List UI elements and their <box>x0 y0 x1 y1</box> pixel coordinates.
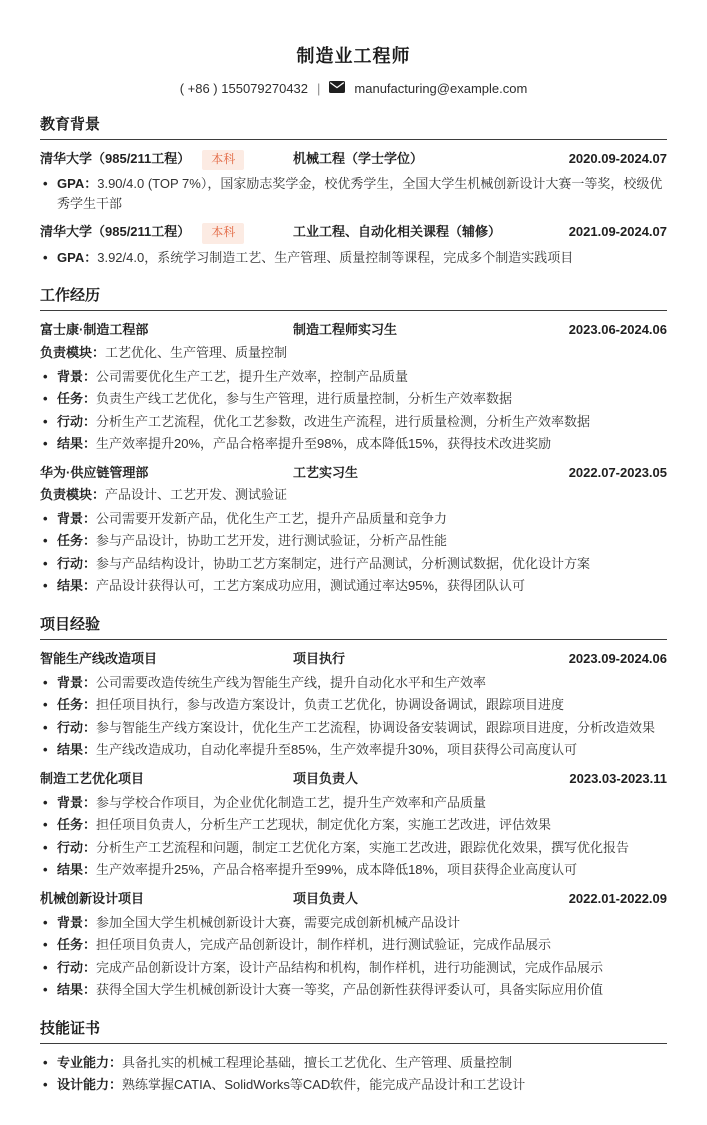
education-entry: 清华大学（985/211工程）本科 工业工程、自动化相关课程（辅修） 2021.… <box>40 223 667 267</box>
resume-page: 制造业工程师 ( +86 ) 155079270432 | manufactur… <box>0 0 707 1125</box>
module-label: 负责模块 <box>40 345 105 360</box>
bullet-text: 参与产品结构设计，协助工艺方案制定，进行产品测试，分析测试数据，优化设计方案 <box>96 556 590 571</box>
module-text: 产品设计、工艺开发、测试验证 <box>105 487 287 502</box>
bullet-text: 获得全国大学生机械创新设计大赛一等奖，产品创新性获得评委认可，具备实际应用价值 <box>96 982 603 997</box>
bullet-label: GPA <box>57 176 97 191</box>
bullet-item: 任务负责生产线工艺优化，参与生产管理，进行质量控制，分析生产效率数据 <box>40 389 667 409</box>
school-cell: 清华大学（985/211工程）本科 <box>40 150 293 170</box>
bullet-item: GPA3.90/4.0 (TOP 7%），国家励志奖学金，校优秀学生，全国大学生… <box>40 174 667 213</box>
project-row: 机械创新设计项目 项目负责人 2022.01-2022.09 <box>40 890 667 909</box>
job-title: 工艺实习生 <box>293 464 569 483</box>
bullet-label: 结果 <box>57 436 96 451</box>
bullet-item: 行动完成产品创新设计方案，设计产品结构和机构，制作样机，进行功能测试，完成作品展… <box>40 958 667 978</box>
bullet-item: 任务担任项目执行，参与改造方案设计，负责工艺优化，协调设备调试，跟踪项目进度 <box>40 695 667 715</box>
skills-bullets: 专业能力具备扎实的机械工程理论基础，擅长工艺优化、生产管理、质量控制 设计能力熟… <box>40 1053 667 1095</box>
date-range: 2021.09-2024.07 <box>569 223 667 242</box>
bullet-label: 背景 <box>57 795 96 810</box>
bullet-text: 分析生产工艺流程，优化工艺参数，改进生产流程，进行质量检测，分析生产效率数据 <box>96 414 590 429</box>
bullet-text: 公司需要开发新产品，优化生产工艺，提升产品质量和竞争力 <box>96 511 447 526</box>
date-range: 2023.06-2024.06 <box>569 321 667 340</box>
bullet-label: 任务 <box>57 533 96 548</box>
company-name: 富士康·制造工程部 <box>40 321 293 340</box>
education-bullets: GPA3.92/4.0，系统学习制造工艺、生产管理、质量控制等课程，完成多个制造… <box>40 248 667 268</box>
job-title: 制造工程师实习生 <box>293 321 569 340</box>
education-bullets: GPA3.90/4.0 (TOP 7%），国家励志奖学金，校优秀学生，全国大学生… <box>40 174 667 213</box>
bullet-text: 参与产品设计，协助工艺开发，进行测试验证，分析产品性能 <box>96 533 447 548</box>
section-education: 教育背景 清华大学（985/211工程）本科 机械工程（学士学位） 2020.0… <box>40 113 667 267</box>
school-cell: 清华大学（985/211工程）本科 <box>40 223 293 243</box>
project-role: 项目负责人 <box>293 890 569 909</box>
bullet-label: 结果 <box>57 862 96 877</box>
bullet-item: 结果生产效率提升20%，产品合格率提升至98%，成本降低15%，获得技术改进奖励 <box>40 434 667 454</box>
bullet-label: 结果 <box>57 742 96 757</box>
bullet-text: 担任项目负责人，分析生产工艺现状，制定优化方案，实施工艺改进，评估效果 <box>96 817 551 832</box>
education-entry: 清华大学（985/211工程）本科 机械工程（学士学位） 2020.09-202… <box>40 150 667 213</box>
envelope-icon <box>329 81 345 96</box>
contact-line: ( +86 ) 155079270432 | manufacturing@exa… <box>40 81 667 96</box>
date-range: 2023.09-2024.06 <box>569 650 667 669</box>
project-bullets: 背景公司需要改造传统生产线为智能生产线，提升自动化水平和生产效率 任务担任项目执… <box>40 673 667 760</box>
bullet-item: 结果获得全国大学生机械创新设计大赛一等奖，产品创新性获得评委认可，具备实际应用价… <box>40 980 667 1000</box>
contact-separator: | <box>317 81 320 96</box>
bullet-item: 结果生产效率提升25%，产品合格率提升至99%，成本降低18%，项目获得企业高度… <box>40 860 667 880</box>
email-text: manufacturing@example.com <box>354 81 527 96</box>
bullet-label: 任务 <box>57 817 96 832</box>
project-bullets: 背景参加全国大学生机械创新设计大赛，需要完成创新机械产品设计 任务担任项目负责人… <box>40 913 667 1000</box>
bullet-label: 结果 <box>57 578 96 593</box>
bullet-item: 背景公司需要改造传统生产线为智能生产线，提升自动化水平和生产效率 <box>40 673 667 693</box>
bullet-text: 具备扎实的机械工程理论基础，擅长工艺优化、生产管理、质量控制 <box>122 1055 512 1070</box>
degree-badge: 本科 <box>202 223 244 243</box>
project-row: 制造工艺优化项目 项目负责人 2023.03-2023.11 <box>40 770 667 789</box>
education-row: 清华大学（985/211工程）本科 机械工程（学士学位） 2020.09-202… <box>40 150 667 170</box>
bullet-text: 参与智能生产线方案设计，优化生产工艺流程，协调设备安装调试，跟踪项目进度，分析改… <box>96 720 655 735</box>
project-row: 智能生产线改造项目 项目执行 2023.09-2024.06 <box>40 650 667 669</box>
bullet-label: 背景 <box>57 511 96 526</box>
bullet-text: 熟练掌握CATIA、SolidWorks等CAD软件，能完成产品设计和工艺设计 <box>122 1077 525 1092</box>
section-heading-projects: 项目经验 <box>40 613 667 640</box>
work-row: 华为·供应链管理部 工艺实习生 2022.07-2023.05 <box>40 464 667 483</box>
section-skills: 技能证书 专业能力具备扎实的机械工程理论基础，擅长工艺优化、生产管理、质量控制 … <box>40 1017 667 1095</box>
bullet-text: 参与学校合作项目，为企业优化制造工艺，提升生产效率和产品质量 <box>96 795 486 810</box>
project-entry: 机械创新设计项目 项目负责人 2022.01-2022.09 背景参加全国大学生… <box>40 890 667 1000</box>
bullet-text: 产品设计获得认可，工艺方案成功应用，测试通过率达95%，获得团队认可 <box>96 578 525 593</box>
program-name: 工业工程、自动化相关课程（辅修） <box>293 223 569 242</box>
project-role: 项目负责人 <box>293 770 569 789</box>
bullet-item: 任务担任项目负责人，分析生产工艺现状，制定优化方案，实施工艺改进，评估效果 <box>40 815 667 835</box>
bullet-label: 行动 <box>57 556 96 571</box>
date-range: 2023.03-2023.11 <box>569 770 667 789</box>
bullet-item: 背景公司需要优化生产工艺，提升生产效率，控制产品质量 <box>40 367 667 387</box>
bullet-item: 专业能力具备扎实的机械工程理论基础，擅长工艺优化、生产管理、质量控制 <box>40 1053 667 1073</box>
section-heading-work: 工作经历 <box>40 284 667 311</box>
bullet-text: 公司需要优化生产工艺，提升生产效率，控制产品质量 <box>96 369 408 384</box>
phone-number: ( +86 ) 155079270432 <box>180 81 308 96</box>
project-bullets: 背景参与学校合作项目，为企业优化制造工艺，提升生产效率和产品质量 任务担任项目负… <box>40 793 667 880</box>
bullet-label: 背景 <box>57 369 96 384</box>
bullet-text: 生产效率提升25%，产品合格率提升至99%，成本降低18%，项目获得企业高度认可 <box>96 862 577 877</box>
bullet-text: 生产效率提升20%，产品合格率提升至98%，成本降低15%，获得技术改进奖励 <box>96 436 551 451</box>
bullet-text: 3.90/4.0 (TOP 7%），国家励志奖学金，校优秀学生，全国大学生机械创… <box>57 176 662 211</box>
bullet-item: 背景公司需要开发新产品，优化生产工艺，提升产品质量和竞争力 <box>40 509 667 529</box>
work-row: 富士康·制造工程部 制造工程师实习生 2023.06-2024.06 <box>40 321 667 340</box>
project-name: 智能生产线改造项目 <box>40 650 293 669</box>
module-text: 工艺优化、生产管理、质量控制 <box>105 345 287 360</box>
bullet-text: 3.92/4.0，系统学习制造工艺、生产管理、质量控制等课程，完成多个制造实践项… <box>97 250 573 265</box>
bullet-item: 结果生产线改造成功，自动化率提升至85%，生产效率提升30%，项目获得公司高度认… <box>40 740 667 760</box>
bullet-label: 行动 <box>57 720 96 735</box>
date-range: 2022.01-2022.09 <box>569 890 667 909</box>
company-name: 华为·供应链管理部 <box>40 464 293 483</box>
bullet-label: 专业能力 <box>57 1055 122 1070</box>
bullet-label: 行动 <box>57 840 96 855</box>
work-entry: 华为·供应链管理部 工艺实习生 2022.07-2023.05 负责模块产品设计… <box>40 464 667 596</box>
bullet-label: 行动 <box>57 960 96 975</box>
bullet-text: 担任项目负责人，完成产品创新设计，制作样机，进行测试验证，完成作品展示 <box>96 937 551 952</box>
bullet-label: 任务 <box>57 937 96 952</box>
bullet-text: 参加全国大学生机械创新设计大赛，需要完成创新机械产品设计 <box>96 915 460 930</box>
module-line: 负责模块工艺优化、生产管理、质量控制 <box>40 343 667 363</box>
module-line: 负责模块产品设计、工艺开发、测试验证 <box>40 485 667 505</box>
education-row: 清华大学（985/211工程）本科 工业工程、自动化相关课程（辅修） 2021.… <box>40 223 667 243</box>
bullet-item: 任务参与产品设计，协助工艺开发，进行测试验证，分析产品性能 <box>40 531 667 551</box>
program-name: 机械工程（学士学位） <box>293 150 569 169</box>
section-heading-education: 教育背景 <box>40 113 667 140</box>
bullet-label: 任务 <box>57 391 96 406</box>
bullet-item: 背景参与学校合作项目，为企业优化制造工艺，提升生产效率和产品质量 <box>40 793 667 813</box>
school-name: 清华大学（985/211工程） <box>40 151 190 166</box>
bullet-label: 背景 <box>57 915 96 930</box>
bullet-item: 行动参与智能生产线方案设计，优化生产工艺流程，协调设备安装调试，跟踪项目进度，分… <box>40 718 667 738</box>
project-name: 机械创新设计项目 <box>40 890 293 909</box>
bullet-label: 结果 <box>57 982 96 997</box>
section-heading-skills: 技能证书 <box>40 1017 667 1044</box>
bullet-item: 行动分析生产工艺流程和问题，制定工艺优化方案，实施工艺改进，跟踪优化效果，撰写优… <box>40 838 667 858</box>
bullet-text: 负责生产线工艺优化，参与生产管理，进行质量控制，分析生产效率数据 <box>96 391 512 406</box>
section-work: 工作经历 富士康·制造工程部 制造工程师实习生 2023.06-2024.06 … <box>40 284 667 596</box>
date-range: 2022.07-2023.05 <box>569 464 667 483</box>
bullet-text: 完成产品创新设计方案，设计产品结构和机构，制作样机，进行功能测试，完成作品展示 <box>96 960 603 975</box>
bullet-item: 结果产品设计获得认可，工艺方案成功应用，测试通过率达95%，获得团队认可 <box>40 576 667 596</box>
project-entry: 制造工艺优化项目 项目负责人 2023.03-2023.11 背景参与学校合作项… <box>40 770 667 880</box>
project-role: 项目执行 <box>293 650 569 669</box>
bullet-item: 背景参加全国大学生机械创新设计大赛，需要完成创新机械产品设计 <box>40 913 667 933</box>
page-title: 制造业工程师 <box>40 42 667 68</box>
bullet-item: 行动分析生产工艺流程，优化工艺参数，改进生产流程，进行质量检测，分析生产效率数据 <box>40 412 667 432</box>
work-bullets: 背景公司需要开发新产品，优化生产工艺，提升产品质量和竞争力 任务参与产品设计，协… <box>40 509 667 596</box>
bullet-label: 背景 <box>57 675 96 690</box>
bullet-label: GPA <box>57 250 97 265</box>
degree-badge: 本科 <box>202 150 244 170</box>
bullet-label: 行动 <box>57 414 96 429</box>
bullet-text: 生产线改造成功，自动化率提升至85%，生产效率提升30%，项目获得公司高度认可 <box>96 742 577 757</box>
school-name: 清华大学（985/211工程） <box>40 224 190 239</box>
bullet-item: 任务担任项目负责人，完成产品创新设计，制作样机，进行测试验证，完成作品展示 <box>40 935 667 955</box>
bullet-item: GPA3.92/4.0，系统学习制造工艺、生产管理、质量控制等课程，完成多个制造… <box>40 248 667 268</box>
bullet-text: 公司需要改造传统生产线为智能生产线，提升自动化水平和生产效率 <box>96 675 486 690</box>
date-range: 2020.09-2024.07 <box>569 150 667 169</box>
bullet-item: 行动参与产品结构设计，协助工艺方案制定，进行产品测试，分析测试数据，优化设计方案 <box>40 554 667 574</box>
module-label: 负责模块 <box>40 487 105 502</box>
project-name: 制造工艺优化项目 <box>40 770 293 789</box>
bullet-text: 分析生产工艺流程和问题，制定工艺优化方案，实施工艺改进，跟踪优化效果，撰写优化报… <box>96 840 629 855</box>
bullet-label: 任务 <box>57 697 96 712</box>
work-entry: 富士康·制造工程部 制造工程师实习生 2023.06-2024.06 负责模块工… <box>40 321 667 453</box>
bullet-label: 设计能力 <box>57 1077 122 1092</box>
bullet-item: 设计能力熟练掌握CATIA、SolidWorks等CAD软件，能完成产品设计和工… <box>40 1075 667 1095</box>
bullet-text: 担任项目执行，参与改造方案设计，负责工艺优化，协调设备调试，跟踪项目进度 <box>96 697 564 712</box>
work-bullets: 背景公司需要优化生产工艺，提升生产效率，控制产品质量 任务负责生产线工艺优化，参… <box>40 367 667 454</box>
project-entry: 智能生产线改造项目 项目执行 2023.09-2024.06 背景公司需要改造传… <box>40 650 667 760</box>
section-projects: 项目经验 智能生产线改造项目 项目执行 2023.09-2024.06 背景公司… <box>40 613 667 1000</box>
